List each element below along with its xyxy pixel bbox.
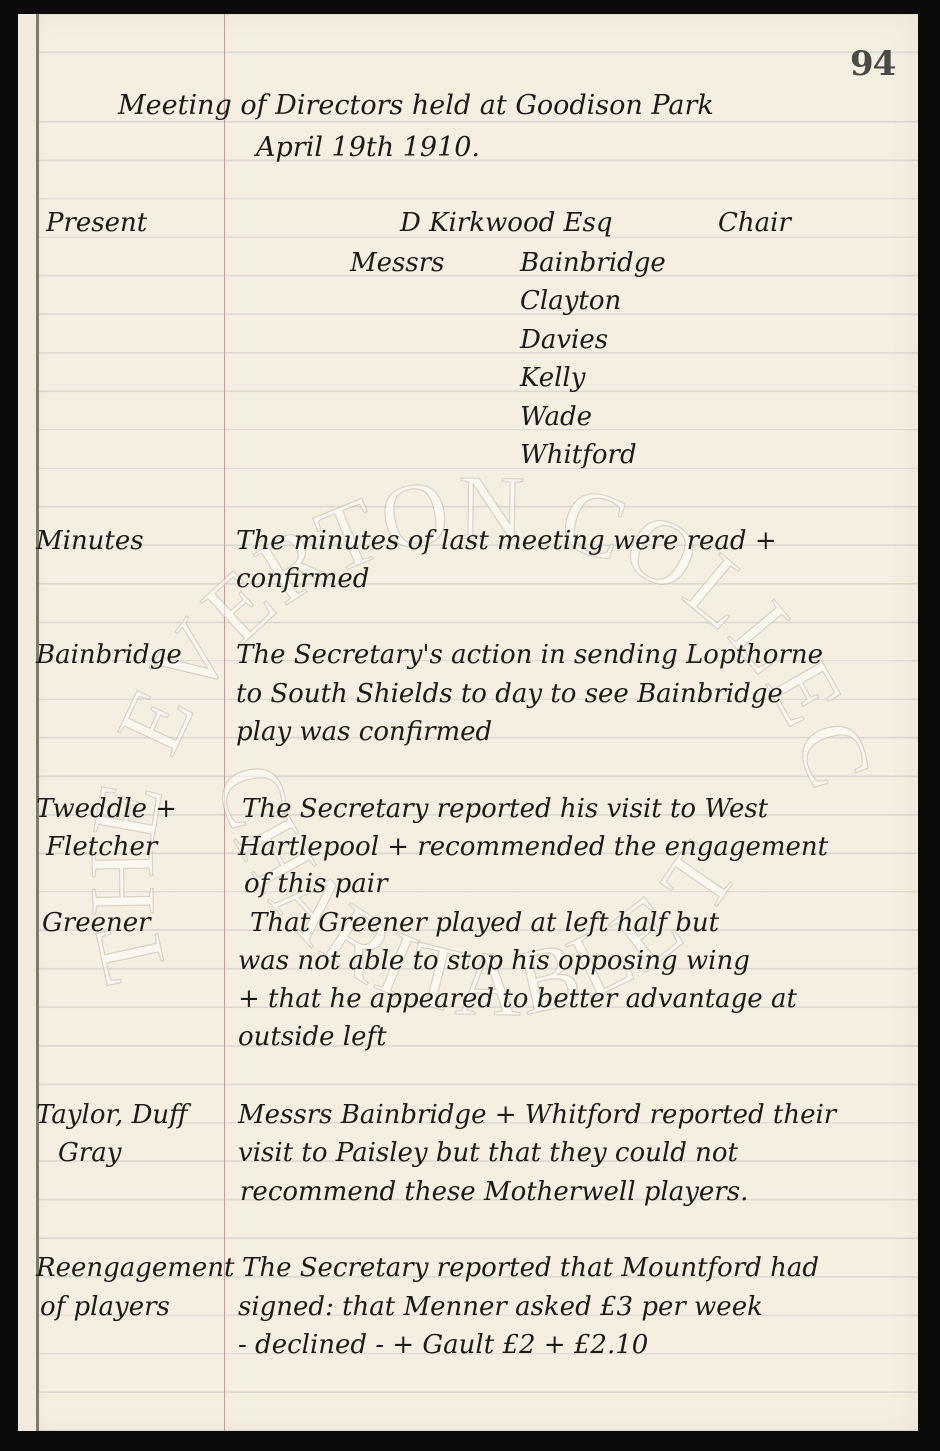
entry-text-line: Messrs Bainbridge + Whitford reported th… [238, 1102, 836, 1128]
messrs-label: Messrs [350, 250, 444, 276]
binding-spine-line [36, 14, 39, 1431]
entry-text-line: The minutes of last meeting were read + [236, 528, 777, 554]
entry-text-line: + that he appeared to better advantage a… [238, 986, 797, 1012]
entry-text-line: signed: that Menner asked £3 per week [238, 1294, 763, 1320]
present-label: Present [46, 210, 147, 236]
member-name: Davies [520, 327, 608, 353]
meeting-date: April 19th 1910. [256, 134, 480, 161]
member-name: Whitford [520, 442, 637, 468]
page-number: 94 [850, 44, 895, 84]
margin-heading: Taylor, Duff [36, 1102, 188, 1128]
chair-name: D Kirkwood Esq [400, 210, 612, 236]
margin-heading: Minutes [36, 528, 144, 554]
entry-text-line: of this pair [244, 871, 388, 897]
red-margin-rule [224, 14, 225, 1431]
margin-heading: Greener [42, 910, 151, 936]
margin-heading: Tweddle + [36, 796, 177, 822]
entry-text-line: The Secretary reported that Mountford ha… [242, 1255, 819, 1281]
member-name: Bainbridge [520, 250, 666, 276]
entry-text-line: confirmed [236, 566, 369, 592]
member-name: Wade [520, 404, 592, 430]
entry-text-line: The Secretary's action in sending Loptho… [236, 642, 823, 668]
entry-text-line: outside left [238, 1024, 387, 1050]
margin-heading: Bainbridge [36, 642, 182, 668]
chair-role: Chair [718, 210, 791, 236]
member-name: Clayton [520, 288, 621, 314]
entry-text-line: recommend these Motherwell players. [240, 1179, 748, 1205]
entry-text-line: visit to Paisley but that they could not [238, 1140, 738, 1166]
entry-text-line: The Secretary reported his visit to West [242, 796, 768, 822]
entry-text-line: - declined - + Gault £2 + £2.10 [238, 1332, 648, 1358]
member-name: Kelly [520, 365, 585, 391]
entry-text-line: Hartlepool + recommended the engagement [238, 834, 828, 860]
watermark-bottom-text: CHARITABLE TRUST [18, 14, 759, 1035]
binding-edge [18, 14, 36, 1431]
meeting-heading: Meeting of Directors held at Goodison Pa… [118, 92, 714, 119]
entry-text-line: was not able to stop his opposing wing [238, 948, 750, 974]
margin-heading: Gray [58, 1140, 121, 1166]
margin-heading: Reengagement [36, 1255, 235, 1281]
entry-text-line: That Greener played at left half but [250, 910, 719, 936]
svg-text:CHARITABLE TRUST: CHARITABLE TRUST [18, 14, 759, 1035]
margin-heading: Fletcher [46, 834, 157, 860]
entry-text-line: to South Shields to day to see Bainbridg… [236, 681, 783, 707]
ledger-page: THE EVERTON COLLECTION CHARITABLE TRUST … [18, 14, 918, 1431]
entry-text-line: play was confirmed [236, 719, 492, 745]
margin-heading: of players [40, 1294, 170, 1320]
